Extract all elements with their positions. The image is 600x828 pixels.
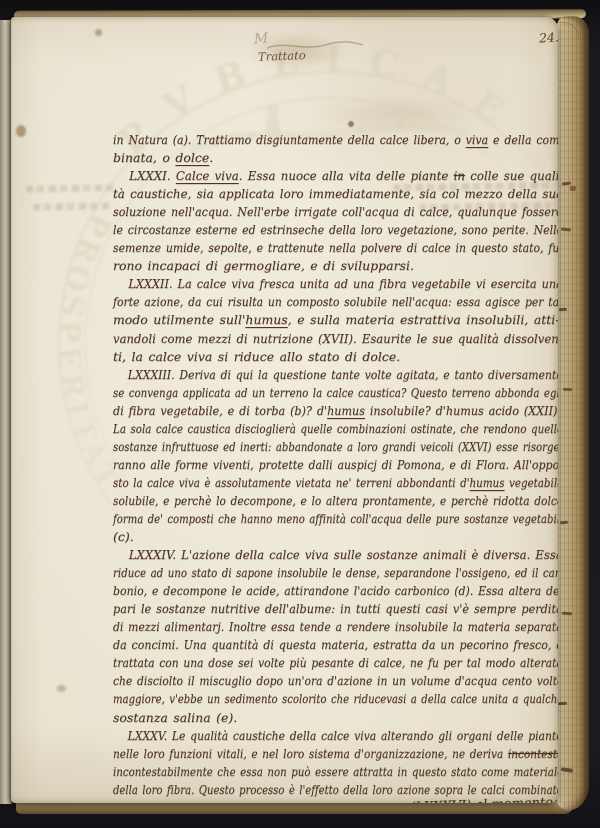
manuscript-line: della loro fibra. Questo processo è l'ef… (113, 781, 476, 799)
manuscript-line: nelle loro funzioni vitali, e nel loro s… (113, 745, 492, 763)
stamp-figure (267, 104, 279, 116)
stain (311, 97, 481, 131)
manuscript-page: PVBLICAE PROSPERITATI M (11, 17, 558, 803)
manuscript-line: di fibra vegetabile, e di torba (b)? d'h… (113, 402, 516, 420)
book-scan: PVBLICAE PROSPERITATI M (0, 0, 600, 828)
manuscript-line: LXXXII. La calce viva fresca unita ad un… (113, 275, 520, 293)
manuscript-line: maggiore, v'ebbe un sedimento scolorito … (113, 690, 477, 708)
manuscript-line: incontestabilmente che essa non può esse… (113, 763, 483, 781)
manuscript-text: in Natura (a). Trattiamo disgiuntamente … (113, 131, 558, 799)
manuscript-line: trattata con una dose sei volte più pesa… (113, 654, 499, 672)
manuscript-line: (c). (113, 528, 558, 546)
ink-mark (561, 227, 571, 231)
stamp-text-left: PROSPERITATI (11, 17, 127, 499)
manuscript-line: semenze umide, sepolte, e trattenute nel… (113, 239, 506, 257)
manuscript-line: LXXXIII. Deriva di qui la questione tant… (113, 366, 505, 384)
stain (95, 29, 102, 36)
manuscript-line: di mezzi alimentarj. Inoltre essa tende … (113, 618, 503, 636)
manuscript-line: da concimi. Una quantità di questa mater… (113, 636, 512, 654)
manuscript-line: LXXXV. Le qualità caustiche della calce … (113, 727, 502, 745)
ink-mark (561, 767, 573, 772)
bleedthrough-mark (26, 184, 114, 193)
manuscript-line: sostanze infruttuose ed inerti: abbandon… (113, 438, 478, 456)
manuscript-line: tà caustiche, sia applicata loro immedia… (113, 185, 542, 203)
stamp-ornament (397, 121, 405, 129)
bleedthrough-mark (33, 202, 113, 210)
manuscript-line: bonio, e decompone le acide, attirandone… (113, 582, 507, 600)
ink-mark (563, 388, 572, 391)
manuscript-line: forte azione, da cui risulta un composto… (113, 293, 504, 311)
manuscript-line: rono incapaci di germogliare, e di svilu… (113, 257, 558, 275)
ink-mark (570, 186, 576, 191)
manuscript-line: che disciolto il miscuglio dopo un'ora d… (113, 672, 500, 690)
ink-mark (562, 181, 571, 185)
manuscript-line: le circostanze esterne ed estrinseche de… (113, 221, 506, 239)
ink-mark (560, 521, 568, 524)
manuscript-line: ranno alle forme viventi, protette dalli… (113, 456, 509, 474)
ink-mark (559, 308, 567, 311)
ink-mark (558, 702, 567, 705)
stain (16, 125, 26, 137)
ink-mark (562, 612, 572, 616)
manuscript-line: modo utilmente sull'humus, e sulla mater… (113, 311, 558, 329)
manuscript-lines: in Natura (a). Trattiamo disgiuntamente … (113, 131, 558, 799)
manuscript-line: LXXXI. Calce viva. Essa nuoce alla vita … (113, 167, 539, 185)
manuscript-line: riduce ad uno stato di sapone insolubile… (113, 564, 482, 582)
manuscript-line: vandoli come mezzi di nutrizione (XVII).… (113, 330, 532, 348)
manuscript-line: soluzione nell'acqua. Nell'erbe irrigate… (113, 203, 515, 221)
page-number: 24. (539, 29, 558, 45)
manuscript-line: LXXXIV. L'azione della calce viva sulle … (113, 546, 532, 564)
manuscript-line: se convenga applicata ad un terreno la c… (113, 384, 481, 402)
manuscript-line: pari le sostanze nutritive dell'albume: … (113, 600, 520, 618)
manuscript-line: sto la calce viva è assolutamente vietat… (113, 474, 485, 492)
stain (348, 121, 354, 127)
manuscript-line: La sola calce caustica discioglierà quel… (113, 420, 484, 438)
manuscript-line: binata, o dolce. (113, 149, 558, 167)
running-title: Trattato (258, 48, 306, 64)
stain (57, 685, 66, 692)
manuscript-line: ti, la calce viva si riduce allo stato d… (113, 348, 558, 366)
manuscript-line: in Natura (a). Trattiamo disgiuntamente … (113, 131, 509, 149)
book-fore-edge (556, 16, 589, 810)
manuscript-line: forma de' composti che hanno meno affini… (113, 510, 477, 528)
manuscript-line: sostanza salina (e). (113, 709, 558, 727)
manuscript-line: solubile, e perchè lo decompone, e lo al… (113, 492, 497, 510)
